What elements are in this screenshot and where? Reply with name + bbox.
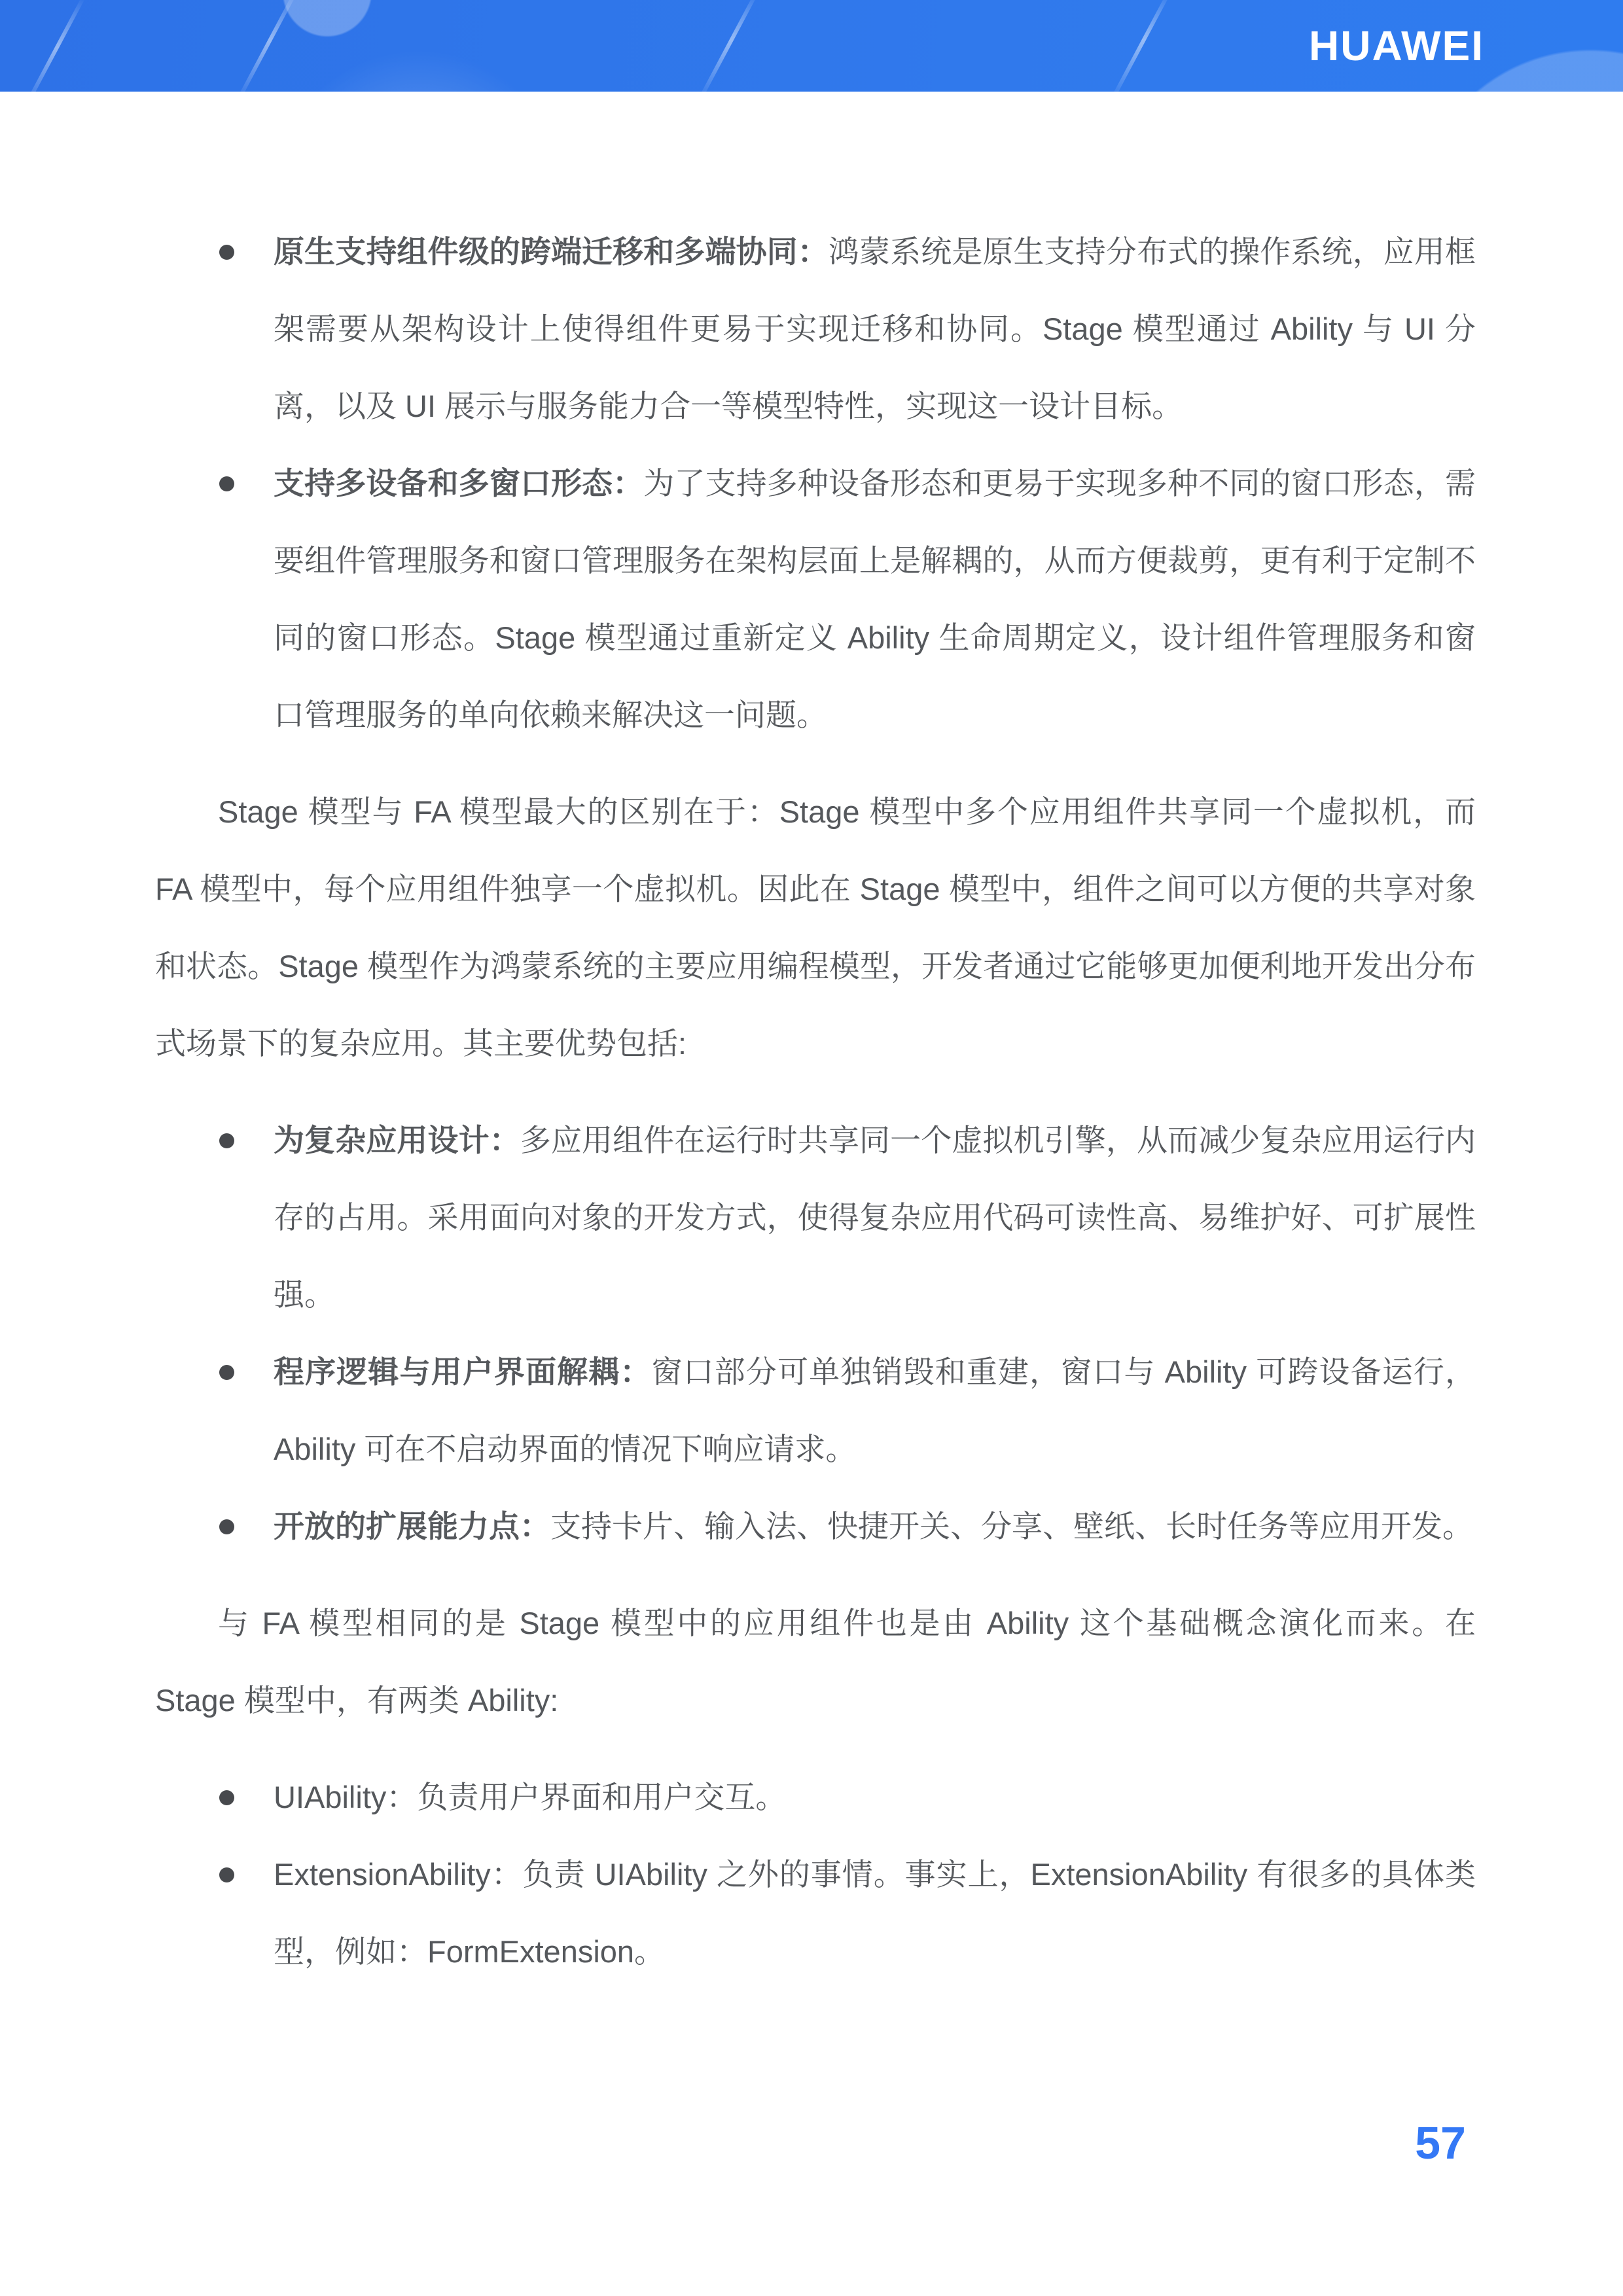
list-item: ExtensionAbility：负责 UIAbility 之外的事情。事实上，… [155, 1836, 1476, 1990]
list-item: 开放的扩展能力点：支持卡片、输入法、快捷开关、分享、壁纸、长时任务等应用开发。 [155, 1488, 1476, 1565]
bullet-text: 为了支持多种设备形态和更易于实现多种不同的窗口形态，需要组件管理服务和窗口管理服… [274, 466, 1476, 732]
list-item: 原生支持组件级的跨端迁移和多端协同：鸿蒙系统是原生支持分布式的操作系统，应用框架… [155, 213, 1476, 445]
bullet-dot [219, 1519, 234, 1534]
list-item: 支持多设备和多窗口形态：为了支持多种设备形态和更易于实现多种不同的窗口形态，需要… [155, 445, 1476, 754]
huawei-logo: HUAWEI [1309, 24, 1484, 68]
bullet-dot [219, 245, 234, 260]
list-item: UIAbility：负责用户界面和用户交互。 [155, 1759, 1476, 1836]
bullet-dot [219, 1365, 234, 1380]
bullet-dot [219, 1790, 234, 1805]
bullet-lead: 支持多设备和多窗口形态： [274, 466, 643, 501]
list-item: 程序逻辑与用户界面解耦：窗口部分可单独销毁和重建，窗口与 Ability 可跨设… [155, 1333, 1476, 1488]
paragraph: 与 FA 模型相同的是 Stage 模型中的应用组件也是由 Ability 这个… [155, 1585, 1476, 1739]
document-page: HUAWEI 原生支持组件级的跨端迁移和多端协同：鸿蒙系统是原生支持分布式的操作… [0, 0, 1623, 2296]
bullet-dot [219, 1867, 234, 1882]
bullet-lead: 程序逻辑与用户界面解耦： [274, 1354, 652, 1389]
header-streak-decoration [1110, 0, 1171, 92]
bullet-text: UIAbility：负责用户界面和用户交互。 [274, 1780, 786, 1814]
bullet-lead: 为复杂应用设计： [274, 1123, 520, 1157]
bullet-text: 支持卡片、输入法、快捷开关、分享、壁纸、长时任务等应用开发。 [550, 1509, 1473, 1544]
bullet-dot [219, 476, 234, 491]
page-content: 原生支持组件级的跨端迁移和多端协同：鸿蒙系统是原生支持分布式的操作系统，应用框架… [155, 213, 1476, 1990]
paragraph: Stage 模型与 FA 模型最大的区别在于：Stage 模型中多个应用组件共享… [155, 773, 1476, 1082]
list-item: 为复杂应用设计：多应用组件在运行时共享同一个虚拟机引擎，从而减少复杂应用运行内存… [155, 1102, 1476, 1333]
header-streak-decoration [24, 0, 85, 92]
bullet-dot [219, 1133, 234, 1148]
header-streak-decoration [236, 0, 298, 92]
header-streak-decoration [698, 0, 759, 92]
bullet-text: ExtensionAbility：负责 UIAbility 之外的事情。事实上，… [274, 1857, 1476, 1969]
page-header: HUAWEI [0, 0, 1623, 92]
bullet-lead: 原生支持组件级的跨端迁移和多端协同： [274, 234, 829, 269]
page-number: 57 [1415, 2119, 1466, 2167]
bullet-lead: 开放的扩展能力点： [274, 1509, 550, 1544]
